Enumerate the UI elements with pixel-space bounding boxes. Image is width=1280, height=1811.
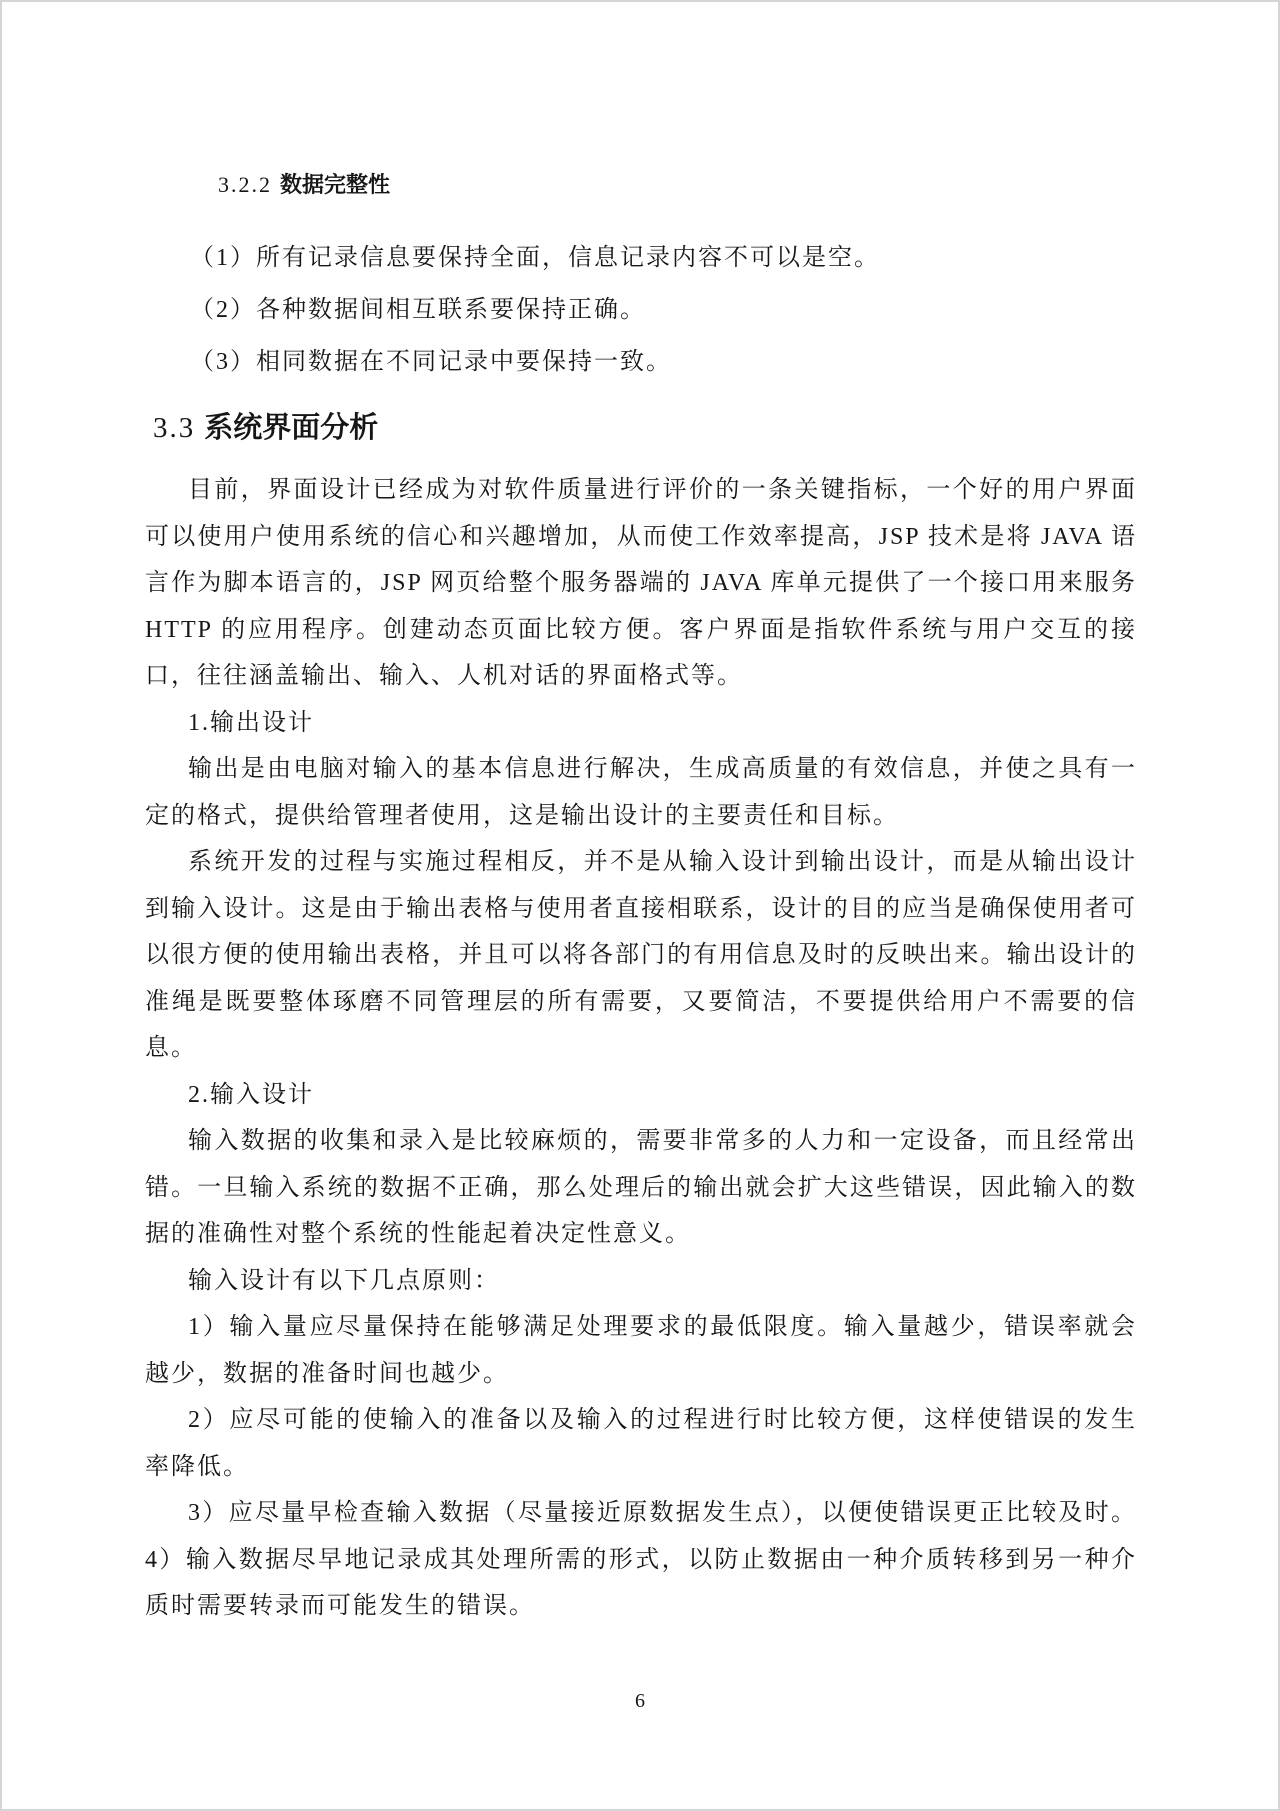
paragraph: 2）应尽可能的使输入的准备以及输入的过程进行时比较方便，这样使错误的发生率降低。: [145, 1397, 1137, 1490]
page-number: 6: [2, 1690, 1278, 1713]
list-item: （2）各种数据间相互联系要保持正确。: [190, 295, 1137, 325]
document-page: 3.2.2数据完整性 （1）所有记录信息要保持全面，信息记录内容不可以是空。 （…: [0, 0, 1280, 1811]
body-text: 目前，界面设计已经成为对软件质量进行评价的一条关键指标，一个好的用户界面可以使用…: [145, 467, 1137, 1630]
section-ui-analysis: 3.3系统界面分析 目前，界面设计已经成为对软件质量进行评价的一条关键指标，一个…: [145, 409, 1137, 1630]
heading-3-2-2: 3.2.2数据完整性: [218, 170, 1137, 200]
paragraph: 目前，界面设计已经成为对软件质量进行评价的一条关键指标，一个好的用户界面可以使用…: [145, 467, 1137, 700]
list-item: （1）所有记录信息要保持全面，信息记录内容不可以是空。: [190, 243, 1137, 273]
paragraph: 输入设计有以下几点原则：: [145, 1258, 1137, 1305]
paragraph: 3）应尽量早检查输入数据（尽量接近原数据发生点），以便使错误更正比较及时。4）输…: [145, 1490, 1137, 1630]
data-integrity-list: （1）所有记录信息要保持全面，信息记录内容不可以是空。 （2）各种数据间相互联系…: [145, 243, 1137, 377]
paragraph: 输入数据的收集和录入是比较麻烦的，需要非常多的人力和一定设备，而且经常出错。一旦…: [145, 1118, 1137, 1258]
paragraph: 2.输入设计: [145, 1072, 1137, 1119]
paragraph: 输出是由电脑对输入的基本信息进行解决，生成高质量的有效信息，并使之具有一定的格式…: [145, 746, 1137, 839]
heading-3-3-title: 系统界面分析: [204, 412, 378, 444]
section-data-integrity: 3.2.2数据完整性 （1）所有记录信息要保持全面，信息记录内容不可以是空。 （…: [145, 170, 1137, 377]
paragraph: 1）输入量应尽量保持在能够满足处理要求的最低限度。输入量越少，错误率就会越少，数…: [145, 1304, 1137, 1397]
heading-3-3: 3.3系统界面分析: [153, 409, 1137, 447]
heading-3-2-2-title: 数据完整性: [280, 172, 390, 197]
paragraph: 系统开发的过程与实施过程相反，并不是从输入设计到输出设计，而是从输出设计到输入设…: [145, 839, 1137, 1072]
heading-3-2-2-number: 3.2.2: [218, 172, 272, 197]
paragraph: 1.输出设计: [145, 700, 1137, 747]
page-content: 3.2.2数据完整性 （1）所有记录信息要保持全面，信息记录内容不可以是空。 （…: [145, 2, 1137, 1630]
list-item: （3）相同数据在不同记录中要保持一致。: [190, 347, 1137, 377]
heading-3-3-number: 3.3: [153, 412, 195, 444]
